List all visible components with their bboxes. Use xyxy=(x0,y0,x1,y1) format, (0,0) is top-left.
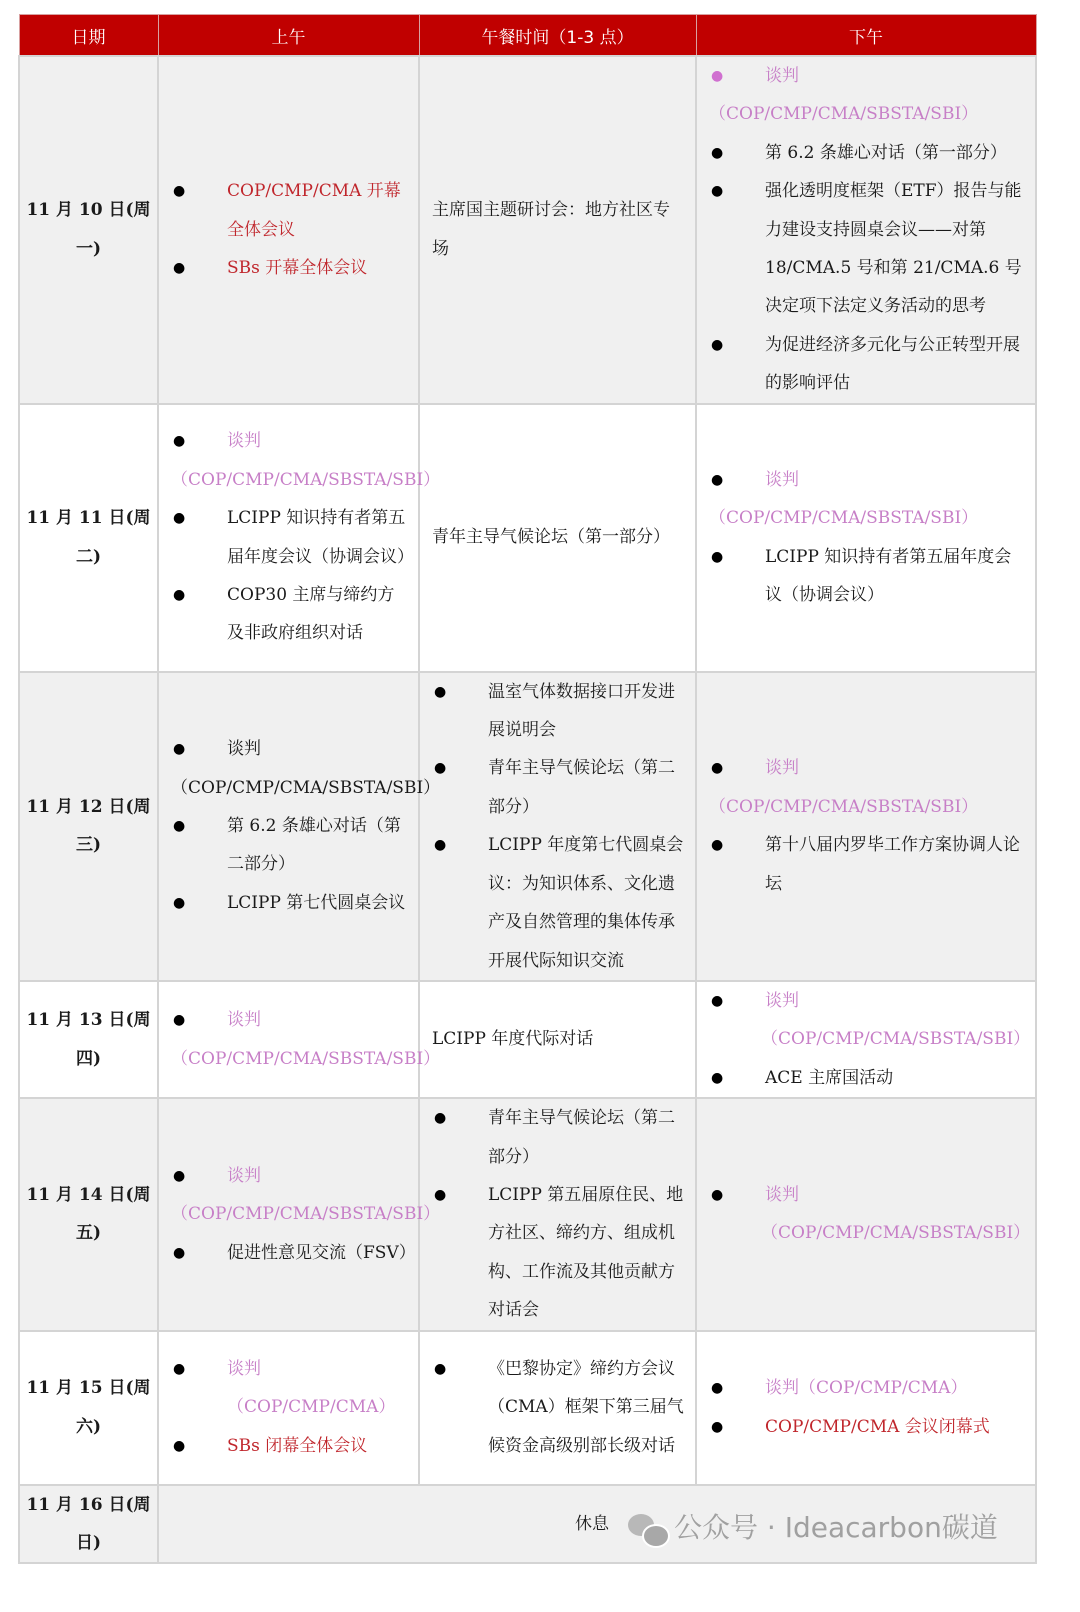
bullet-icon: ● xyxy=(173,1001,185,1039)
item-text: 青年主导气候论坛（第二部分） xyxy=(488,1108,675,1166)
date-cell: 11 月 12 日(周三) xyxy=(19,672,158,981)
bullet-icon: ● xyxy=(434,673,446,711)
date-cell: 11 月 11 日(周二) xyxy=(19,404,158,672)
bullet-icon: ● xyxy=(711,826,723,864)
morning-cell: ●COP/CMP/CMA 开幕全体会议●SBs 开幕全体会议 xyxy=(158,56,419,404)
bullet-icon: ● xyxy=(434,1176,446,1214)
date-cell: 11 月 16 日(周日) xyxy=(19,1485,158,1564)
header-morning: 上午 xyxy=(158,15,419,57)
item-text: 谈判 xyxy=(765,991,799,1011)
bullet-icon: ● xyxy=(711,1176,723,1214)
item-text: 强化透明度框架（ETF）报告与能力建设支持圆桌会议——对第 18/CMA.5 号… xyxy=(765,181,1022,316)
afternoon-cell: ●谈判（COP/CMP/CMA/SBSTA/SBI）●LCIPP 知识持有者第五… xyxy=(696,404,1036,672)
item-text: 谈判 xyxy=(765,470,799,490)
bullet-icon: ● xyxy=(711,461,723,499)
item-text: 第十八届内罗毕工作方案协调人论坛 xyxy=(765,835,1020,893)
item-list: ●谈判（COP/CMP/CMA/SBSTA/SBI）●ACE 主席国活动 xyxy=(709,982,1025,1097)
item-text: LCIPP 知识持有者第五届年度会议（协调会议） xyxy=(765,547,1011,605)
list-item: ●LCIPP 知识持有者第五届年度会议（协调会议） xyxy=(171,499,408,576)
lunch-cell: 青年主导气候论坛（第一部分） xyxy=(419,404,696,672)
list-item: ●谈判（COP/CMP/CMA/SBSTA/SBI） xyxy=(171,1157,408,1234)
item-list: ●《巴黎协定》缔约方会议（CMA）框架下第三届气候资金高级别部长级对话 xyxy=(432,1350,685,1465)
item-subtext: （COP/CMP/CMA/SBSTA/SBI） xyxy=(709,95,1025,133)
bullet-icon: ● xyxy=(711,1408,723,1446)
item-subtext: （COP/CMP/CMA/SBSTA/SBI） xyxy=(171,461,408,499)
item-text: 谈判 xyxy=(227,1166,261,1186)
list-item: ●SBs 闭幕全体会议 xyxy=(171,1427,408,1465)
list-item: ●谈判（COP/CMP/CMA/SBSTA/SBI） xyxy=(709,57,1025,134)
item-text: ACE 主席国活动 xyxy=(765,1068,893,1088)
item-list: ●谈判（COP/CMP/CMA/SBSTA/SBI）●第 6.2 条雄心对话（第… xyxy=(709,57,1025,403)
bullet-icon: ● xyxy=(711,982,723,1020)
bullet-icon: ● xyxy=(434,826,446,864)
afternoon-cell: ●谈判（COP/CMP/CMA/SBSTA/SBI）●第 6.2 条雄心对话（第… xyxy=(696,56,1036,404)
bullet-icon: ● xyxy=(711,326,723,364)
list-item: ●LCIPP 知识持有者第五届年度会议（协调会议） xyxy=(709,538,1025,615)
morning-cell: ●谈判（COP/CMP/CMA/SBSTA/SBI）●促进性意见交流（FSV） xyxy=(158,1098,419,1330)
lunch-cell: 主席国主题研讨会：地方社区专场 xyxy=(419,56,696,404)
table-row: 11 月 11 日(周二)●谈判（COP/CMP/CMA/SBSTA/SBI）●… xyxy=(19,404,1036,672)
item-text: COP/CMP/CMA 会议闭幕式 xyxy=(765,1417,990,1437)
date-cell: 11 月 14 日(周五) xyxy=(19,1098,158,1330)
item-list: ●谈判（COP/CMP/CMA/SBSTA/SBI）●LCIPP 知识持有者第五… xyxy=(171,422,408,652)
item-list: ●COP/CMP/CMA 开幕全体会议●SBs 开幕全体会议 xyxy=(171,172,408,287)
item-text: 温室气体数据接口开发进展说明会 xyxy=(488,682,675,740)
list-item: ●青年主导气候论坛（第二部分） xyxy=(432,1099,685,1176)
list-item: ●第 6.2 条雄心对话（第二部分） xyxy=(171,807,408,884)
item-text: 谈判 xyxy=(227,1010,261,1030)
bullet-icon: ● xyxy=(711,1059,723,1097)
item-text: LCIPP 年度第七代圆桌会议：为知识体系、文化遗产及自然管理的集体传承开展代际… xyxy=(488,835,683,970)
item-list: ●谈判（COP/CMP/CMA）●COP/CMP/CMA 会议闭幕式 xyxy=(709,1369,1025,1446)
morning-cell: ●谈判（COP/CMP/CMA/SBSTA/SBI） xyxy=(158,981,419,1098)
item-text: 谈判（COP/CMP/CMA） xyxy=(227,1359,395,1417)
bullet-icon: ● xyxy=(434,1350,446,1388)
list-item: ●谈判（COP/CMP/CMA） xyxy=(709,1369,1025,1407)
item-text: SBs 开幕全体会议 xyxy=(227,258,367,278)
lunch-cell: LCIPP 年度代际对话 xyxy=(419,981,696,1098)
lunch-text: LCIPP 年度代际对话 xyxy=(432,1029,593,1049)
item-text: SBs 闭幕全体会议 xyxy=(227,1436,367,1456)
bullet-icon: ● xyxy=(434,1099,446,1137)
date-cell: 11 月 13 日(周四) xyxy=(19,981,158,1098)
list-item: ●ACE 主席国活动 xyxy=(709,1059,1025,1097)
item-text: 青年主导气候论坛（第二部分） xyxy=(488,758,675,816)
lunch-text: 青年主导气候论坛（第一部分） xyxy=(432,527,670,547)
list-item: ●青年主导气候论坛（第二部分） xyxy=(432,749,685,826)
list-item: ●谈判（COP/CMP/CMA/SBSTA/SBI） xyxy=(709,461,1025,538)
bullet-icon: ● xyxy=(173,1427,185,1465)
table-row: 11 月 10 日(周一)●COP/CMP/CMA 开幕全体会议●SBs 开幕全… xyxy=(19,56,1036,404)
bullet-icon: ● xyxy=(173,730,185,768)
afternoon-cell: ●谈判（COP/CMP/CMA/SBSTA/SBI） xyxy=(696,1098,1036,1330)
item-list: ●温室气体数据接口开发进展说明会●青年主导气候论坛（第二部分）●LCIPP 年度… xyxy=(432,673,685,980)
list-item: ●COP30 主席与缔约方及非政府组织对话 xyxy=(171,576,408,653)
watermark-text: 公众号 · Ideacarbon碳道 xyxy=(674,1511,998,1544)
item-subtext: （COP/CMP/CMA/SBSTA/SBI） xyxy=(761,1020,1025,1058)
list-item: ●谈判（COP/CMP/CMA/SBSTA/SBI） xyxy=(709,1176,1025,1253)
list-item: ●谈判（COP/CMP/CMA） xyxy=(171,1350,408,1427)
bullet-icon: ● xyxy=(173,499,185,537)
item-text: 第 6.2 条雄心对话（第一部分） xyxy=(765,143,1007,163)
item-list: ●谈判（COP/CMP/CMA）●SBs 闭幕全体会议 xyxy=(171,1350,408,1465)
item-list: ●谈判（COP/CMP/CMA/SBSTA/SBI）●LCIPP 知识持有者第五… xyxy=(709,461,1025,615)
lunch-cell: ●青年主导气候论坛（第二部分）●LCIPP 第五届原住民、地方社区、缔约方、组成… xyxy=(419,1098,696,1330)
item-text: LCIPP 知识持有者第五届年度会议（协调会议） xyxy=(227,508,414,566)
lunch-cell: ●《巴黎协定》缔约方会议（CMA）框架下第三届气候资金高级别部长级对话 xyxy=(419,1331,696,1485)
item-text: 第 6.2 条雄心对话（第二部分） xyxy=(227,816,401,874)
morning-cell: ●谈判（COP/CMP/CMA/SBSTA/SBI）●第 6.2 条雄心对话（第… xyxy=(158,672,419,981)
bullet-icon: ● xyxy=(173,576,185,614)
header-row: 日期 上午 午餐时间（1-3 点） 下午 xyxy=(19,15,1036,57)
item-text: COP30 主席与缔约方及非政府组织对话 xyxy=(227,585,394,643)
afternoon-cell: ●谈判（COP/CMP/CMA/SBSTA/SBI）●第十八届内罗毕工作方案协调… xyxy=(696,672,1036,981)
item-list: ●谈判（COP/CMP/CMA/SBSTA/SBI） xyxy=(709,1176,1025,1253)
header-lunch: 午餐时间（1-3 点） xyxy=(419,15,696,57)
list-item: ●谈判（COP/CMP/CMA/SBSTA/SBI） xyxy=(171,730,408,807)
bullet-icon: ● xyxy=(711,538,723,576)
item-subtext: （COP/CMP/CMA/SBSTA/SBI） xyxy=(761,1214,1025,1252)
list-item: ●温室气体数据接口开发进展说明会 xyxy=(432,673,685,750)
wechat-icon xyxy=(628,1512,668,1546)
item-subtext: （COP/CMP/CMA/SBSTA/SBI） xyxy=(709,499,1025,537)
date-cell: 11 月 15 日(周六) xyxy=(19,1331,158,1485)
list-item: ●COP/CMP/CMA 开幕全体会议 xyxy=(171,172,408,249)
list-item: ●LCIPP 第七代圆桌会议 xyxy=(171,884,408,922)
lunch-text: 主席国主题研讨会：地方社区专场 xyxy=(432,200,670,258)
item-subtext: （COP/CMP/CMA/SBSTA/SBI） xyxy=(171,769,408,807)
rest-text: 休息 xyxy=(575,1514,609,1534)
bullet-icon: ● xyxy=(173,422,185,460)
item-text: COP/CMP/CMA 开幕全体会议 xyxy=(227,181,401,239)
item-text: 谈判 xyxy=(765,1185,799,1205)
bullet-icon: ● xyxy=(173,1350,185,1388)
list-item: ●第十八届内罗毕工作方案协调人论坛 xyxy=(709,826,1025,903)
list-item: ●谈判（COP/CMP/CMA/SBSTA/SBI） xyxy=(171,1001,408,1078)
bullet-icon: ● xyxy=(173,1157,185,1195)
item-text: 谈判（COP/CMP/CMA） xyxy=(765,1378,967,1398)
list-item: ●强化透明度框架（ETF）报告与能力建设支持圆桌会议——对第 18/CMA.5 … xyxy=(709,172,1025,326)
bullet-icon: ● xyxy=(711,172,723,210)
item-text: 为促进经济多元化与公正转型开展的影响评估 xyxy=(765,335,1020,393)
item-text: 谈判 xyxy=(227,739,261,759)
header-afternoon: 下午 xyxy=(696,15,1036,57)
item-text: 谈判 xyxy=(765,758,799,778)
list-item: ●SBs 开幕全体会议 xyxy=(171,249,408,287)
bullet-icon: ● xyxy=(711,134,723,172)
list-item: ●谈判（COP/CMP/CMA/SBSTA/SBI） xyxy=(171,422,408,499)
schedule-table: 日期 上午 午餐时间（1-3 点） 下午 11 月 10 日(周一)●COP/C… xyxy=(18,14,1037,1564)
lunch-cell: ●温室气体数据接口开发进展说明会●青年主导气候论坛（第二部分）●LCIPP 年度… xyxy=(419,672,696,981)
item-text: LCIPP 第七代圆桌会议 xyxy=(227,893,405,913)
item-subtext: （COP/CMP/CMA/SBSTA/SBI） xyxy=(171,1040,408,1078)
item-text: 谈判 xyxy=(227,431,261,451)
bullet-icon: ● xyxy=(711,1369,723,1407)
afternoon-cell: ●谈判（COP/CMP/CMA）●COP/CMP/CMA 会议闭幕式 xyxy=(696,1331,1036,1485)
table-row: 11 月 14 日(周五)●谈判（COP/CMP/CMA/SBSTA/SBI）●… xyxy=(19,1098,1036,1330)
item-list: ●谈判（COP/CMP/CMA/SBSTA/SBI）●第 6.2 条雄心对话（第… xyxy=(171,730,408,922)
bullet-icon: ● xyxy=(711,57,723,95)
morning-cell: ●谈判（COP/CMP/CMA）●SBs 闭幕全体会议 xyxy=(158,1331,419,1485)
item-list: ●谈判（COP/CMP/CMA/SBSTA/SBI）●促进性意见交流（FSV） xyxy=(171,1157,408,1272)
list-item: ●为促进经济多元化与公正转型开展的影响评估 xyxy=(709,326,1025,403)
item-list: ●谈判（COP/CMP/CMA/SBSTA/SBI） xyxy=(171,1001,408,1078)
list-item: ●谈判（COP/CMP/CMA/SBSTA/SBI） xyxy=(709,982,1025,1059)
watermark: 公众号 · Ideacarbon碳道 xyxy=(628,1506,998,1546)
list-item: ●LCIPP 第五届原住民、地方社区、缔约方、组成机构、工作流及其他贡献方对话会 xyxy=(432,1176,685,1330)
bullet-icon: ● xyxy=(173,884,185,922)
item-text: 《巴黎协定》缔约方会议（CMA）框架下第三届气候资金高级别部长级对话 xyxy=(488,1359,684,1456)
list-item: ●《巴黎协定》缔约方会议（CMA）框架下第三届气候资金高级别部长级对话 xyxy=(432,1350,685,1465)
item-subtext: （COP/CMP/CMA/SBSTA/SBI） xyxy=(709,788,1025,826)
item-list: ●谈判（COP/CMP/CMA/SBSTA/SBI）●第十八届内罗毕工作方案协调… xyxy=(709,749,1025,903)
table-row: 11 月 13 日(周四)●谈判（COP/CMP/CMA/SBSTA/SBI）L… xyxy=(19,981,1036,1098)
list-item: ●促进性意见交流（FSV） xyxy=(171,1234,408,1272)
item-text: 谈判 xyxy=(765,66,799,86)
item-text: LCIPP 第五届原住民、地方社区、缔约方、组成机构、工作流及其他贡献方对话会 xyxy=(488,1185,683,1320)
item-subtext: （COP/CMP/CMA/SBSTA/SBI） xyxy=(171,1195,408,1233)
date-cell: 11 月 10 日(周一) xyxy=(19,56,158,404)
list-item: ●COP/CMP/CMA 会议闭幕式 xyxy=(709,1408,1025,1446)
bullet-icon: ● xyxy=(173,249,185,287)
table-row: 11 月 15 日(周六)●谈判（COP/CMP/CMA）●SBs 闭幕全体会议… xyxy=(19,1331,1036,1485)
list-item: ●第 6.2 条雄心对话（第一部分） xyxy=(709,134,1025,172)
bullet-icon: ● xyxy=(711,749,723,787)
morning-cell: ●谈判（COP/CMP/CMA/SBSTA/SBI）●LCIPP 知识持有者第五… xyxy=(158,404,419,672)
bullet-icon: ● xyxy=(173,807,185,845)
table-row: 11 月 12 日(周三)●谈判（COP/CMP/CMA/SBSTA/SBI）●… xyxy=(19,672,1036,981)
list-item: ●谈判（COP/CMP/CMA/SBSTA/SBI） xyxy=(709,749,1025,826)
bullet-icon: ● xyxy=(173,172,185,210)
bullet-icon: ● xyxy=(173,1234,185,1272)
bullet-icon: ● xyxy=(434,749,446,787)
afternoon-cell: ●谈判（COP/CMP/CMA/SBSTA/SBI）●ACE 主席国活动 xyxy=(696,981,1036,1098)
header-date: 日期 xyxy=(19,15,158,57)
list-item: ●LCIPP 年度第七代圆桌会议：为知识体系、文化遗产及自然管理的集体传承开展代… xyxy=(432,826,685,980)
item-list: ●青年主导气候论坛（第二部分）●LCIPP 第五届原住民、地方社区、缔约方、组成… xyxy=(432,1099,685,1329)
item-text: 促进性意见交流（FSV） xyxy=(227,1243,416,1263)
